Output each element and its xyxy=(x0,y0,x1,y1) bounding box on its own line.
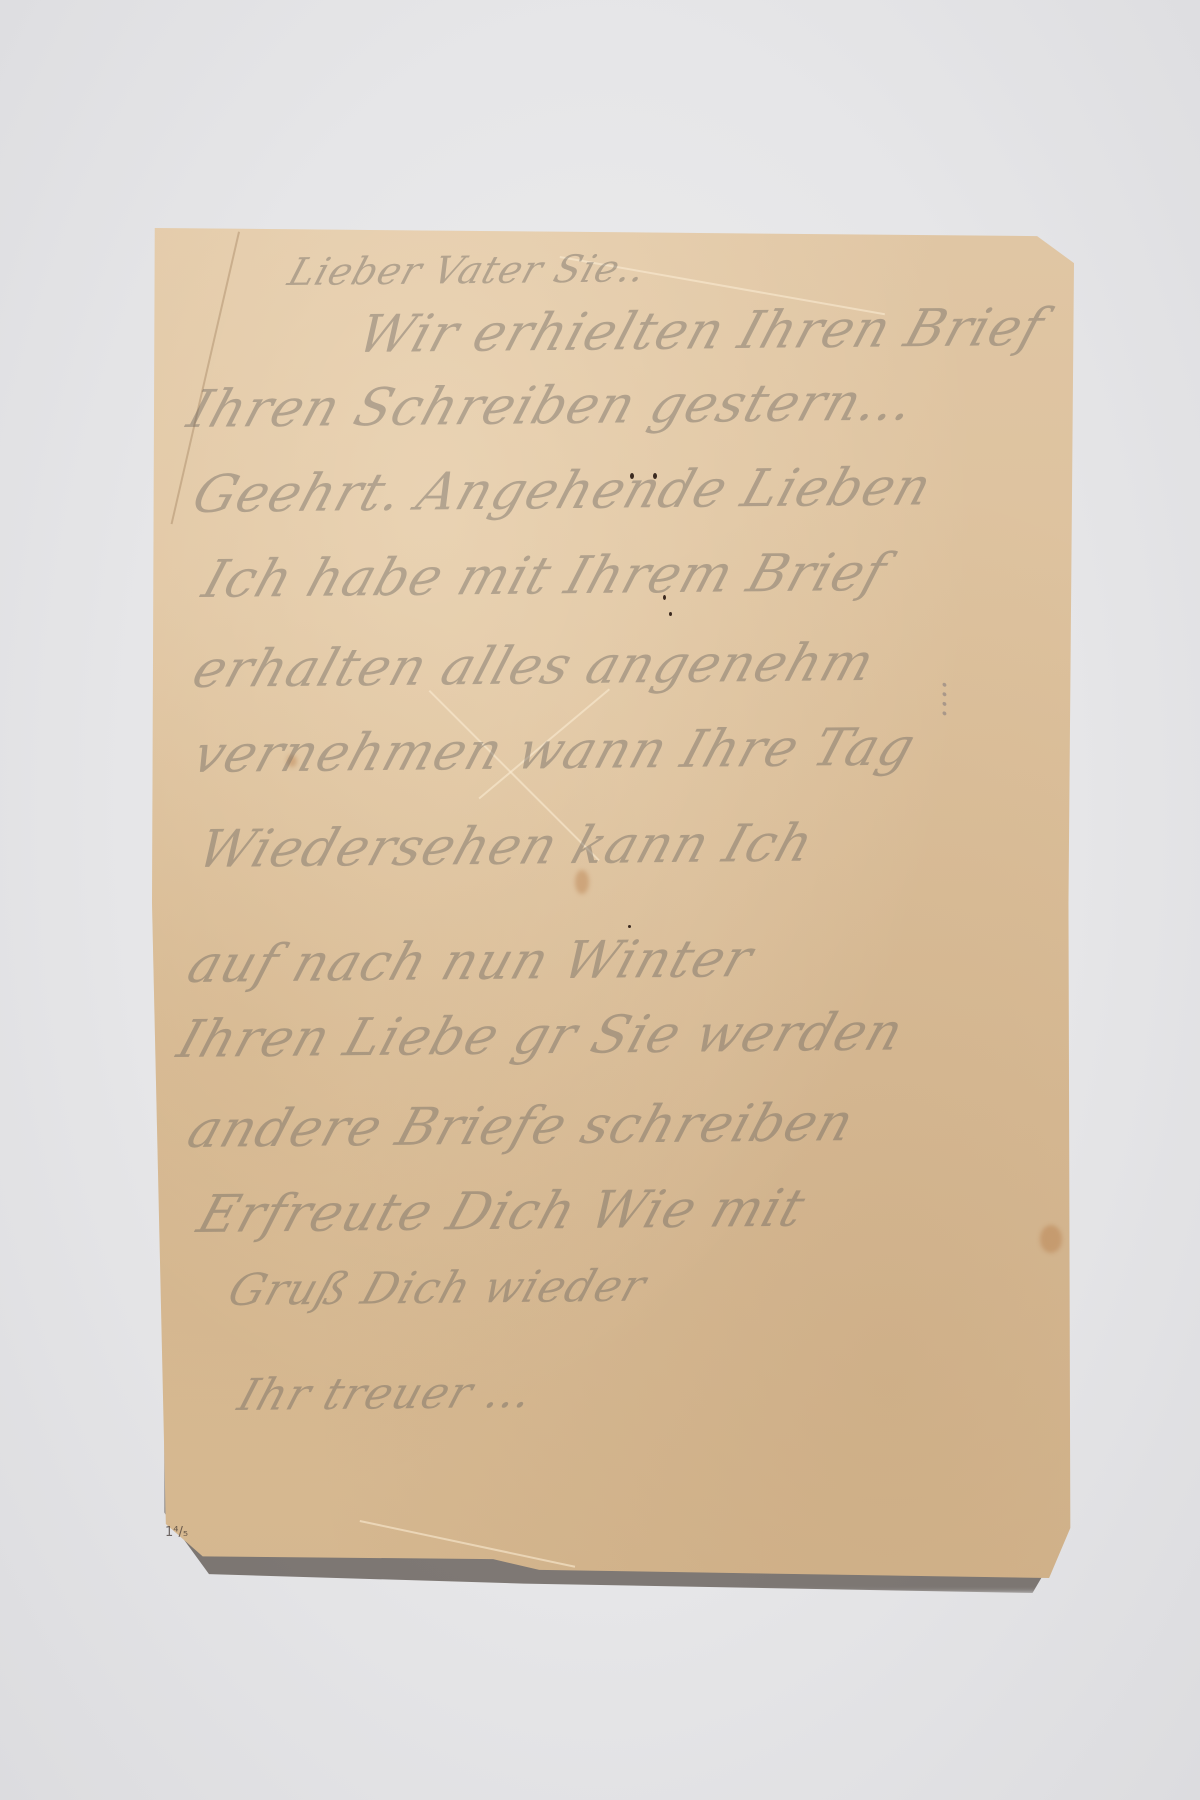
handwritten-line: andere Briefe schreiben xyxy=(181,1093,862,1160)
handwritten-line: Erfreute Dich Wie mit xyxy=(191,1179,813,1245)
handwritten-line: Wir erhielten Ihren Brief xyxy=(351,298,1052,365)
handwritten-line: Ihr treuer ... xyxy=(232,1367,540,1421)
margin-handwriting: .... xyxy=(935,680,970,718)
ink-dot xyxy=(628,925,631,928)
stain xyxy=(1040,1225,1062,1253)
handwritten-line: Gruß Dich wieder xyxy=(222,1261,653,1316)
handwritten-line: Geehrt. Angehende Lieben xyxy=(186,457,940,525)
handwritten-line: Ihren Schreiben gestern... xyxy=(181,372,923,440)
handwritten-line: auf nach nun Winter xyxy=(181,929,761,995)
handwritten-line: erhalten alles angenehm xyxy=(186,633,882,700)
ink-dot xyxy=(669,612,672,616)
handwritten-line: Lieber Vater Sie.. xyxy=(283,246,652,294)
handwritten-line: Wiedersehen kann Ich xyxy=(191,814,822,880)
handwritten-line: Ich habe mit Ihrem Brief xyxy=(196,543,894,610)
handwritten-line: Ihren Liebe gr Sie werden xyxy=(171,1002,911,1070)
corner-pencil-mark: 1⁴/₅ xyxy=(165,1525,188,1540)
handwritten-line: vernehmen wann Ihre Tag xyxy=(186,718,923,785)
